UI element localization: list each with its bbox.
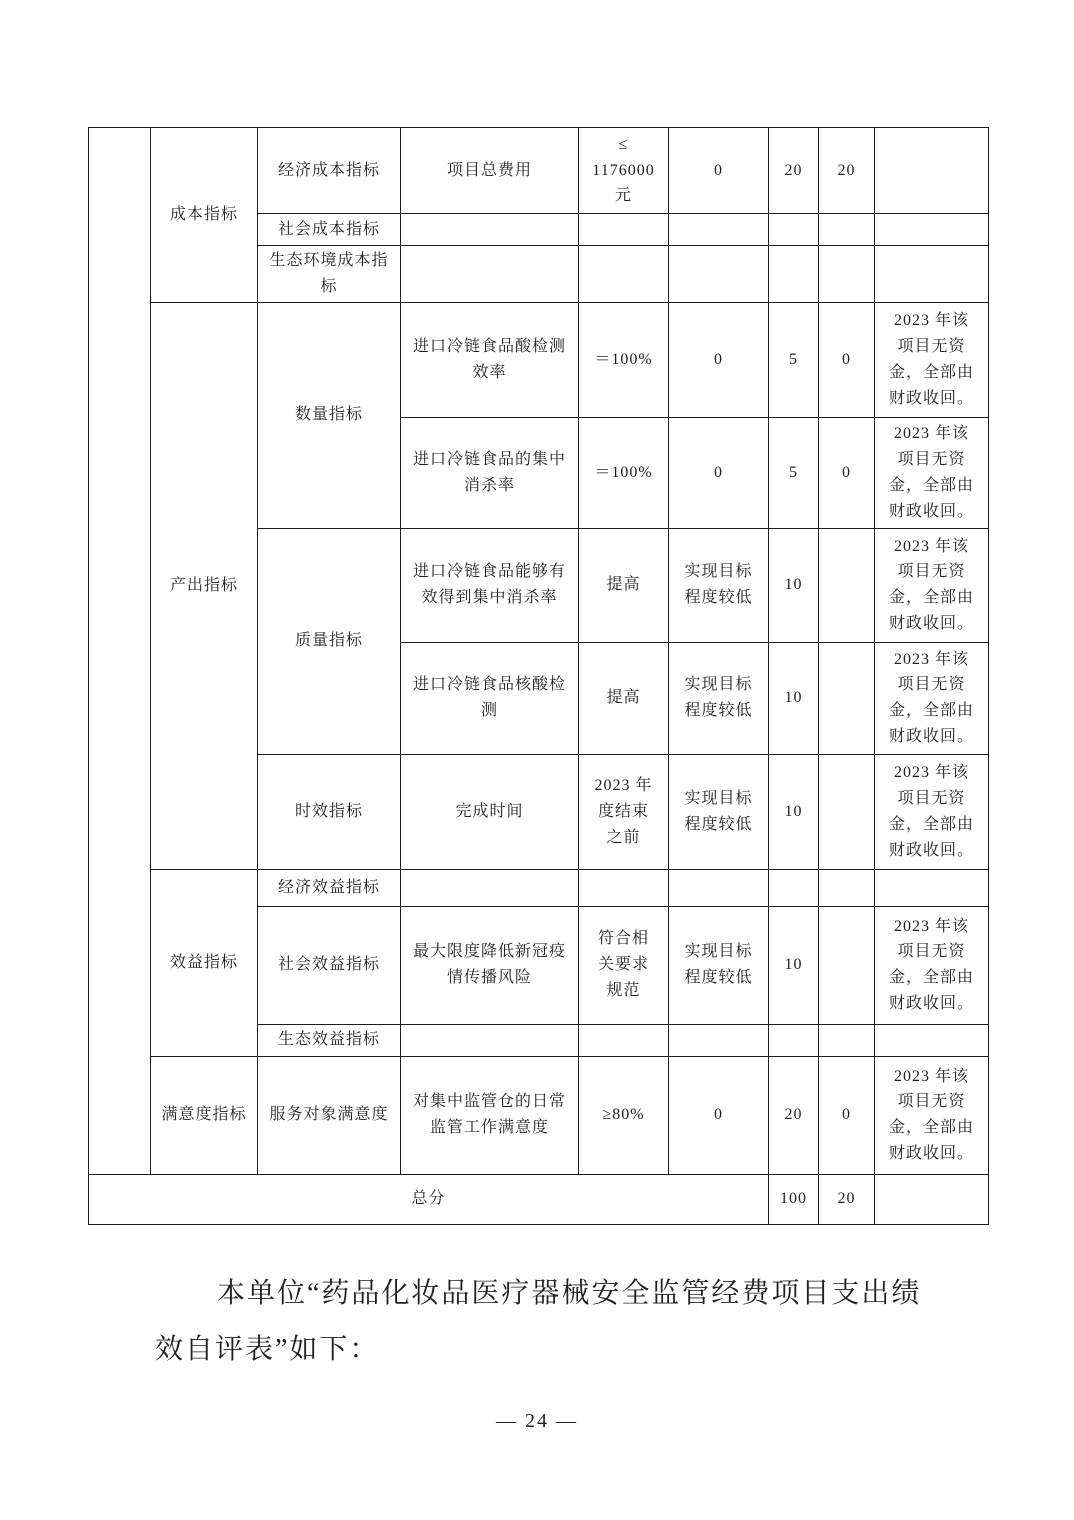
empty-cell	[769, 246, 819, 303]
empty-cell	[579, 214, 669, 246]
sub-quantity-label: 数量指标	[258, 302, 401, 528]
left-spacer-cell	[89, 128, 151, 1175]
sub-social-cost-label: 社会成本指标	[258, 214, 401, 246]
completion-time-target: 2023 年 度结束 之前	[579, 754, 669, 869]
sub-eco-benefit-label: 生态效益指标	[258, 1024, 401, 1056]
effective-disinfect-actual: 实现目标 程度较低	[669, 528, 769, 642]
daily-supervision-target: ≥80%	[579, 1056, 669, 1174]
indicator-completion-time-name: 完成时间	[401, 754, 579, 869]
daily-supervision-got: 0	[819, 1056, 875, 1174]
project-cost-remark	[875, 128, 989, 214]
empty-cell	[401, 214, 579, 246]
completion-time-got	[819, 754, 875, 869]
section-cost-label: 成本指标	[151, 128, 258, 303]
empty-cell	[875, 214, 989, 246]
document-page: 成本指标 经济成本指标 项目总费用 ≤ 1176000 元 0 20 20 社会…	[0, 0, 1074, 1520]
empty-cell	[819, 246, 875, 303]
total-label: 总分	[89, 1174, 769, 1224]
body-paragraph: 本单位“药品化妆品医疗器械安全监管经费项目支出绩 效自评表”如下：	[155, 1266, 955, 1378]
nucleic-test-actual: 实现目标 程度较低	[669, 642, 769, 754]
empty-cell	[819, 869, 875, 906]
completion-time-remark: 2023 年该 项目无资 金，全部由 财政收回。	[875, 754, 989, 869]
effective-disinfect-remark: 2023 年该 项目无资 金，全部由 财政收回。	[875, 528, 989, 642]
indicator-effective-disinfect-name: 进口冷链食品能够有 效得到集中消杀率	[401, 528, 579, 642]
disinfect-rate-score: 5	[769, 417, 819, 528]
covid-risk-remark: 2023 年该 项目无资 金，全部由 财政收回。	[875, 906, 989, 1024]
effective-disinfect-target: 提高	[579, 528, 669, 642]
indicator-acid-test-name: 进口冷链食品酸检测 效率	[401, 302, 579, 417]
completion-time-score: 10	[769, 754, 819, 869]
page-number: — 24 —	[0, 1410, 1074, 1433]
empty-cell	[401, 1024, 579, 1056]
daily-supervision-actual: 0	[669, 1056, 769, 1174]
indicator-daily-supervision-name: 对集中监管仓的日常 监管工作满意度	[401, 1056, 579, 1174]
indicator-disinfect-rate-name: 进口冷链食品的集中 消杀率	[401, 417, 579, 528]
empty-cell	[769, 1024, 819, 1056]
project-cost-target: ≤ 1176000 元	[579, 128, 669, 214]
section-benefit-label: 效益指标	[151, 869, 258, 1056]
section-output-label: 产出指标	[151, 302, 258, 869]
acid-test-remark: 2023 年该 项目无资 金，全部由 财政收回。	[875, 302, 989, 417]
empty-cell	[669, 1024, 769, 1056]
empty-cell	[769, 869, 819, 906]
sub-service-satisfaction-label: 服务对象满意度	[258, 1056, 401, 1174]
nucleic-test-score: 10	[769, 642, 819, 754]
disinfect-rate-remark: 2023 年该 项目无资 金，全部由 财政收回。	[875, 417, 989, 528]
empty-cell	[875, 1024, 989, 1056]
section-satisfaction-label: 满意度指标	[151, 1056, 258, 1174]
daily-supervision-score: 20	[769, 1056, 819, 1174]
covid-risk-actual: 实现目标 程度较低	[669, 906, 769, 1024]
covid-risk-got	[819, 906, 875, 1024]
completion-time-actual: 实现目标 程度较低	[669, 754, 769, 869]
nucleic-test-got	[819, 642, 875, 754]
empty-cell	[401, 869, 579, 906]
indicator-nucleic-test-name: 进口冷链食品核酸检 测	[401, 642, 579, 754]
empty-cell	[669, 246, 769, 303]
covid-risk-target: 符合相 关要求 规范	[579, 906, 669, 1024]
empty-cell	[875, 246, 989, 303]
empty-cell	[769, 214, 819, 246]
disinfect-rate-target: ＝100%	[579, 417, 669, 528]
covid-risk-score: 10	[769, 906, 819, 1024]
paragraph-line-1: 本单位“药品化妆品医疗器械安全监管经费项目支出绩	[155, 1266, 955, 1322]
indicator-project-cost-name: 项目总费用	[401, 128, 579, 214]
empty-cell	[579, 246, 669, 303]
disinfect-rate-actual: 0	[669, 417, 769, 528]
empty-cell	[579, 869, 669, 906]
sub-social-benefit-label: 社会效益指标	[258, 906, 401, 1024]
empty-cell	[401, 246, 579, 303]
effective-disinfect-got	[819, 528, 875, 642]
empty-cell	[819, 214, 875, 246]
empty-cell	[875, 869, 989, 906]
indicator-covid-risk-name: 最大限度降低新冠疫 情传播风险	[401, 906, 579, 1024]
nucleic-test-target: 提高	[579, 642, 669, 754]
total-remark	[875, 1174, 989, 1224]
nucleic-test-remark: 2023 年该 项目无资 金，全部由 财政收回。	[875, 642, 989, 754]
project-cost-got: 20	[819, 128, 875, 214]
empty-cell	[579, 1024, 669, 1056]
sub-economic-benefit-label: 经济效益指标	[258, 869, 401, 906]
acid-test-got: 0	[819, 302, 875, 417]
effective-disinfect-score: 10	[769, 528, 819, 642]
sub-quality-label: 质量指标	[258, 528, 401, 754]
empty-cell	[669, 869, 769, 906]
acid-test-target: ＝100%	[579, 302, 669, 417]
sub-timeliness-label: 时效指标	[258, 754, 401, 869]
empty-cell	[669, 214, 769, 246]
total-got: 20	[819, 1174, 875, 1224]
project-cost-score: 20	[769, 128, 819, 214]
sub-economic-cost-label: 经济成本指标	[258, 128, 401, 214]
empty-cell	[819, 1024, 875, 1056]
paragraph-line-2: 效自评表”如下：	[155, 1322, 955, 1378]
disinfect-rate-got: 0	[819, 417, 875, 528]
project-cost-actual: 0	[669, 128, 769, 214]
sub-eco-cost-label: 生态环境成本指 标	[258, 246, 401, 303]
acid-test-score: 5	[769, 302, 819, 417]
acid-test-actual: 0	[669, 302, 769, 417]
performance-indicator-table: 成本指标 经济成本指标 项目总费用 ≤ 1176000 元 0 20 20 社会…	[88, 127, 989, 1225]
daily-supervision-remark: 2023 年该 项目无资 金，全部由 财政收回。	[875, 1056, 989, 1174]
total-score: 100	[769, 1174, 819, 1224]
